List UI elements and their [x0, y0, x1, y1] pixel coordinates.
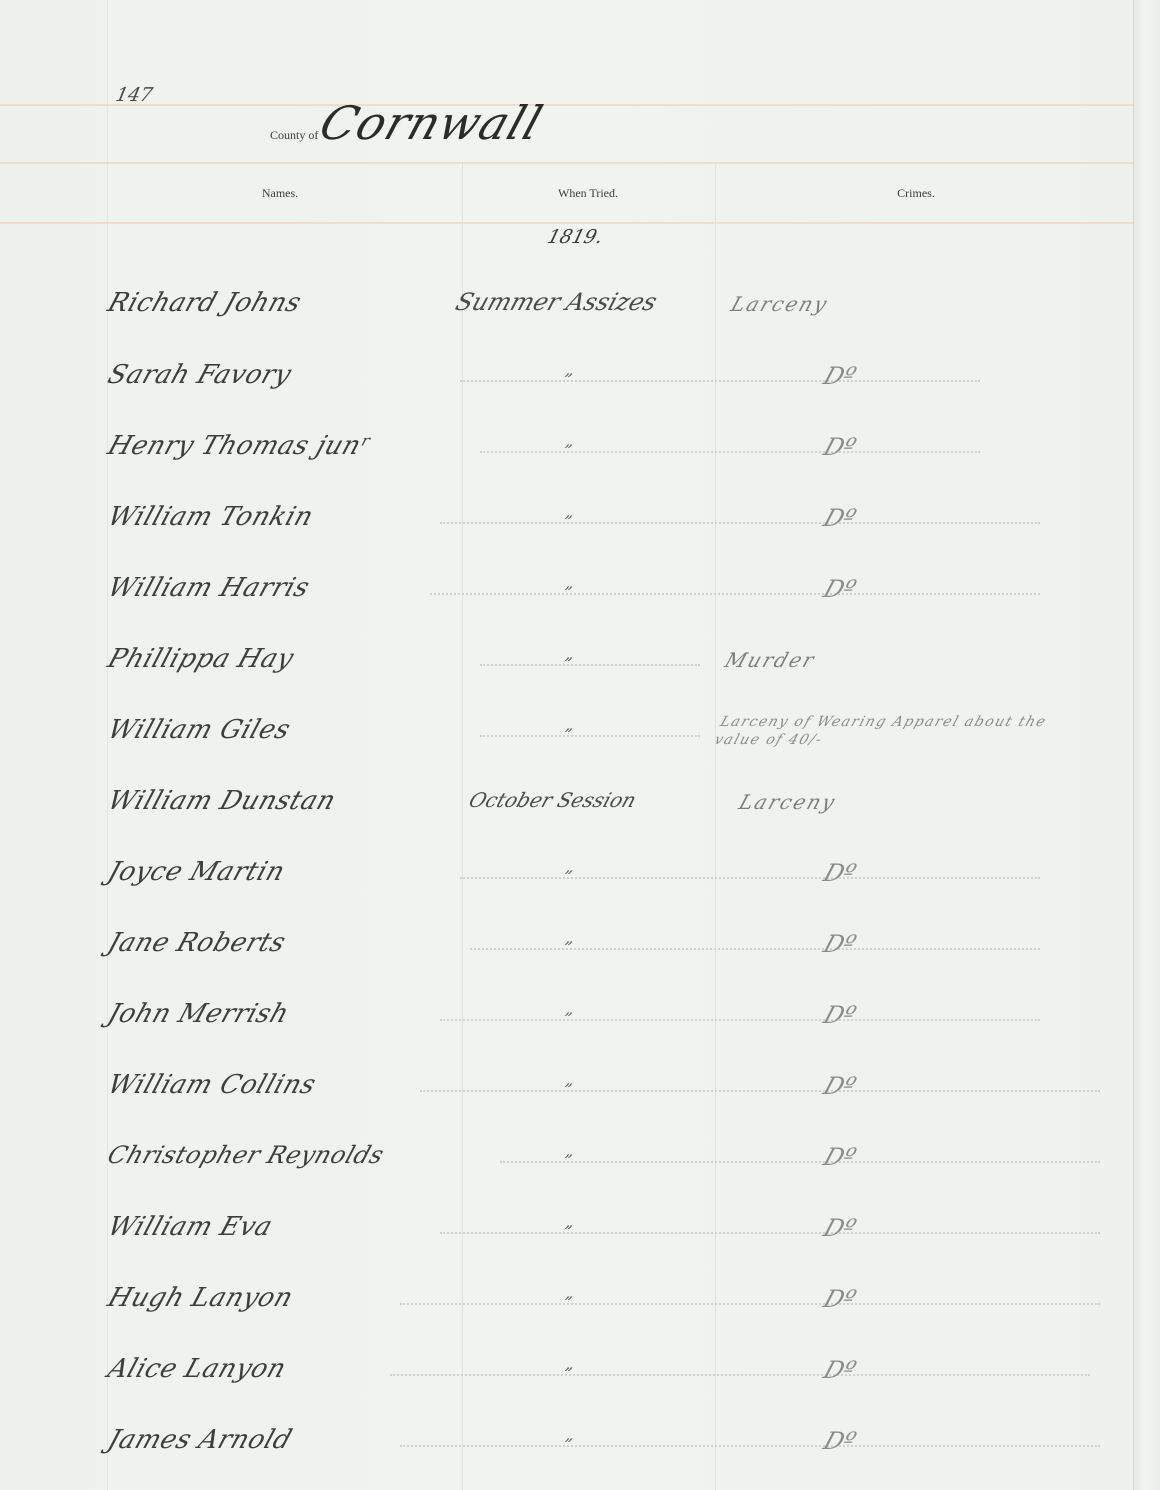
- prisoner-name: Christopher Reynolds: [104, 1141, 388, 1169]
- ledger-row: William Harris ” Dº: [0, 565, 1160, 625]
- crime: Larceny: [736, 790, 840, 814]
- ledger-row: William Dunstan October Session Larceny: [0, 778, 1160, 838]
- leader-dots: [440, 1228, 1100, 1234]
- prisoner-name: Sarah Favory: [104, 360, 295, 390]
- ledger-row: William Giles ” Larceny of Wearing Appar…: [0, 707, 1160, 767]
- leader-dots: [480, 660, 700, 666]
- leader-dots: [460, 376, 980, 382]
- prisoner-name: William Dunstan: [104, 786, 340, 816]
- prisoner-name: Henry Thomas junʳ: [104, 431, 375, 461]
- prisoner-name: James Arnold: [104, 1425, 296, 1455]
- crime: Dº: [820, 1356, 860, 1384]
- prisoner-name: Jane Roberts: [104, 928, 290, 958]
- crime: Dº: [820, 575, 860, 603]
- prisoner-name: Alice Lanyon: [104, 1354, 290, 1384]
- crime: Dº: [820, 1285, 860, 1313]
- prisoner-name: William Tonkin: [104, 502, 317, 532]
- ledger-row: Henry Thomas junʳ ” Dº: [0, 423, 1160, 483]
- leader-dots: [400, 1299, 1100, 1305]
- ledger-row: Hugh Lanyon ” Dº: [0, 1275, 1160, 1335]
- column-header-crimes: Crimes.: [816, 186, 1016, 201]
- ledger-row: Christopher Reynolds ” Dº: [0, 1133, 1160, 1193]
- ledger-row: James Arnold ” Dº: [0, 1417, 1160, 1477]
- crime: Dº: [820, 1072, 860, 1100]
- leader-dots: [390, 1370, 1090, 1376]
- ledger-row: Jane Roberts ” Dº: [0, 920, 1160, 980]
- ledger-row: Richard Johns Summer Assizes Larceny: [0, 280, 1160, 340]
- prisoner-name: William Harris: [104, 573, 313, 603]
- when-tried: October Session: [466, 788, 639, 812]
- leader-dots: [480, 447, 980, 453]
- crime: Dº: [820, 504, 860, 532]
- column-header-names: Names.: [180, 186, 380, 201]
- leader-dots: [440, 1015, 1040, 1021]
- leader-dots: [440, 518, 1040, 524]
- prisoner-name: Hugh Lanyon: [104, 1283, 297, 1313]
- crime: Larceny: [728, 292, 832, 316]
- ledger-row: Alice Lanyon ” Dº: [0, 1346, 1160, 1406]
- crime: Dº: [820, 1427, 860, 1455]
- crime: Dº: [820, 362, 860, 390]
- leader-dots: [460, 873, 1040, 879]
- county-label: County of: [270, 128, 318, 143]
- prisoner-name: Phillippa Hay: [104, 644, 298, 674]
- leader-dots: [470, 944, 1040, 950]
- prisoner-name: Richard Johns: [104, 288, 305, 318]
- crime: Dº: [820, 1001, 860, 1029]
- prisoner-name: Joyce Martin: [104, 857, 289, 887]
- column-header-when-tried: When Tried.: [488, 186, 688, 201]
- prisoner-name: William Collins: [104, 1070, 320, 1100]
- crime: Dº: [820, 433, 860, 461]
- ledger-row: John Merrish ” Dº: [0, 991, 1160, 1051]
- ledger-row: Sarah Favory ” Dº: [0, 352, 1160, 412]
- crime: Larceny of Wearing Apparel about the val…: [712, 713, 1084, 749]
- ruled-line: [0, 104, 1135, 106]
- ledger-row: Joyce Martin ” Dº: [0, 849, 1160, 909]
- ruled-line: [0, 222, 1135, 224]
- ruled-line: [0, 162, 1135, 164]
- ledger-row: William Tonkin ” Dº: [0, 494, 1160, 554]
- leader-dots: [400, 1441, 1100, 1447]
- year: 1819.: [545, 226, 605, 248]
- crime: Murder: [722, 648, 819, 672]
- ledger-row: William Eva ” Dº: [0, 1204, 1160, 1264]
- when-tried: Summer Assizes: [452, 288, 661, 316]
- page-number: 147: [114, 84, 155, 106]
- leader-dots: [420, 1086, 1100, 1092]
- leader-dots: [500, 1157, 1100, 1163]
- prisoner-name: John Merrish: [104, 999, 293, 1029]
- ledger-page: 147 County of Cornwall Names. When Tried…: [0, 0, 1160, 1490]
- county-name: Cornwall: [313, 96, 549, 150]
- crime: Dº: [820, 1143, 860, 1171]
- prisoner-name: William Eva: [104, 1212, 276, 1242]
- leader-dots: [430, 589, 1040, 595]
- prisoner-name: William Giles: [104, 715, 294, 745]
- leader-dots: [480, 731, 700, 737]
- crime: Dº: [820, 1214, 860, 1242]
- crime: Dº: [820, 930, 860, 958]
- crime: Dº: [820, 859, 860, 887]
- ledger-row: William Collins ” Dº: [0, 1062, 1160, 1122]
- ledger-row: Phillippa Hay ” Murder: [0, 636, 1160, 696]
